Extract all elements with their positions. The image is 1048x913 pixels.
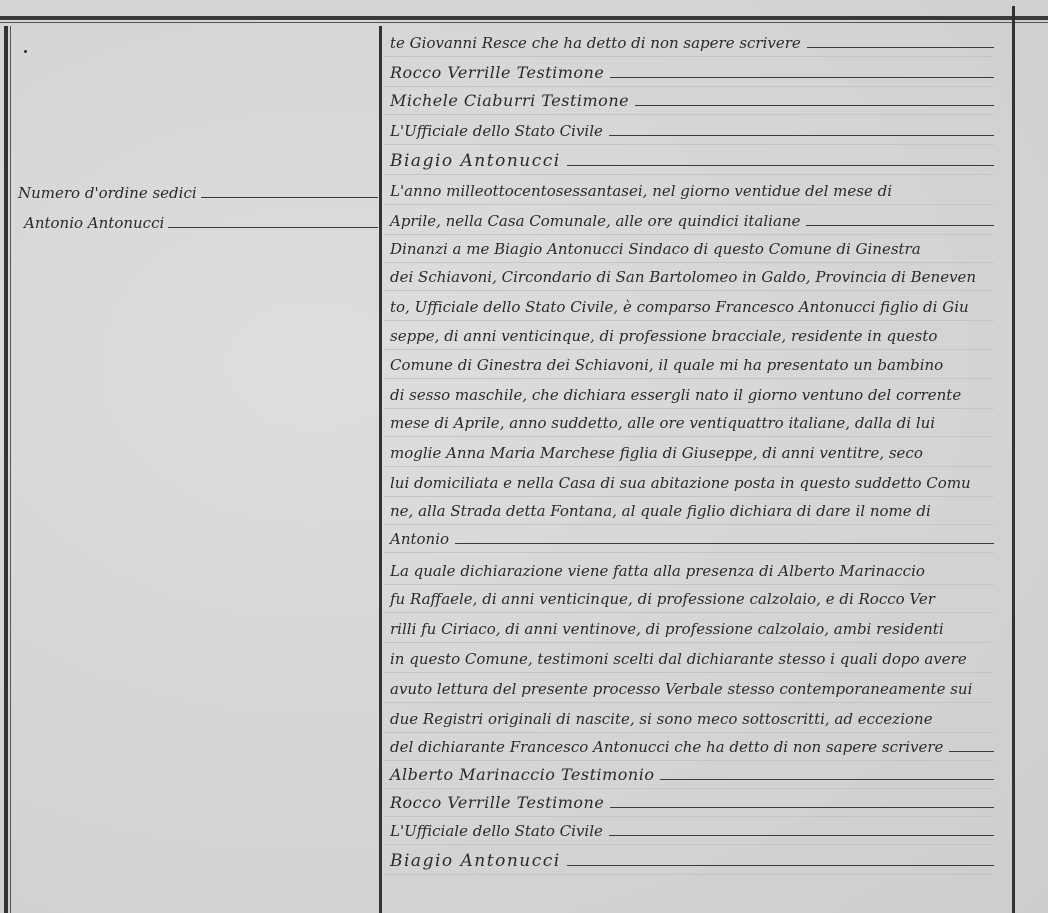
fill-rule (455, 543, 994, 544)
fill-rule (610, 77, 994, 78)
record-line: L'Ufficiale dello Stato Civile (384, 118, 994, 145)
record-line: to, Ufficiale dello Stato Civile, è comp… (384, 294, 994, 321)
record-line: avuto lettura del presente processo Verb… (384, 676, 994, 703)
top-border-rule (0, 16, 1048, 20)
record-line: te Giovanni Resce che ha detto di non sa… (384, 30, 994, 57)
record-line-text: seppe, di anni venticinque, di professio… (384, 323, 937, 349)
record-line: Rocco Verrille Testimone (384, 790, 994, 817)
record-line: seppe, di anni venticinque, di professio… (384, 323, 994, 350)
record-line-text: L'anno milleottocentosessantasei, nel gi… (384, 178, 892, 204)
record-line-text: L'Ufficiale dello Stato Civile (384, 118, 603, 144)
record-line-text: moglie Anna Maria Marchese figlia di Giu… (384, 440, 923, 466)
record-line-text: fu Raffaele, di anni venticinque, di pro… (384, 586, 935, 612)
record-line: Antonio (384, 526, 994, 553)
record-line: L'anno milleottocentosessantasei, nel gi… (384, 178, 994, 205)
record-line-text: in questo Comune, testimoni scelti dal d… (384, 646, 967, 672)
record-line-text: Biagio Antonucci (384, 148, 561, 174)
margin-column: Numero d'ordine sedici Antonio Antonucci (12, 26, 378, 913)
record-line-text: to, Ufficiale dello Stato Civile, è comp… (384, 294, 969, 320)
record-line: in questo Comune, testimoni scelti dal d… (384, 646, 994, 673)
right-border-rule (1012, 6, 1015, 913)
record-line-text: La quale dichiarazione viene fatta alla … (384, 558, 925, 584)
margin-entry-label: Antonio Antonucci (24, 214, 164, 232)
record-line: mese di Aprile, anno suddetto, alle ore … (384, 410, 994, 437)
record-line: del dichiarante Francesco Antonucci che … (384, 734, 994, 761)
record-line-text: Michele Ciaburri Testimone (384, 88, 629, 114)
record-line: Comune di Ginestra dei Schiavoni, il qua… (384, 352, 994, 379)
record-line-text: due Registri originali di nascite, si so… (384, 706, 933, 732)
fill-rule (567, 865, 994, 866)
fill-rule (660, 779, 994, 780)
record-line-text: lui domiciliata e nella Casa di sua abit… (384, 470, 971, 496)
fill-rule (949, 751, 994, 752)
top-border-rule-thin (0, 22, 1048, 23)
record-line-text: dei Schiavoni, Circondario di San Bartol… (384, 264, 976, 290)
record-line: due Registri originali di nascite, si so… (384, 706, 994, 733)
record-line: Aprile, nella Casa Comunale, alle ore qu… (384, 208, 994, 235)
record-line-text: Rocco Verrille Testimone (384, 790, 604, 816)
margin-entry-label: Numero d'ordine sedici (18, 184, 197, 202)
fill-rule (168, 227, 378, 228)
fill-rule (609, 835, 994, 836)
record-line: di sesso maschile, che dichiara essergli… (384, 382, 994, 409)
left-border-rule (4, 26, 8, 913)
record-line-text: avuto lettura del presente processo Verb… (384, 676, 972, 702)
record-body: te Giovanni Resce che ha detto di non sa… (384, 26, 1010, 913)
record-line: lui domiciliata e nella Casa di sua abit… (384, 470, 994, 497)
record-line-text: Biagio Antonucci (384, 848, 561, 874)
record-line-text: L'Ufficiale dello Stato Civile (384, 818, 603, 844)
record-line: Rocco Verrille Testimone (384, 60, 994, 87)
record-line: dei Schiavoni, Circondario di San Bartol… (384, 264, 994, 291)
record-line-text: ne, alla Strada detta Fontana, al quale … (384, 498, 931, 524)
record-line-text: te Giovanni Resce che ha detto di non sa… (384, 30, 801, 56)
record-line-text: Aprile, nella Casa Comunale, alle ore qu… (384, 208, 800, 234)
record-line: Biagio Antonucci (384, 848, 994, 875)
fill-rule (635, 105, 994, 106)
fill-rule (609, 135, 994, 136)
record-line: Alberto Marinaccio Testimonio (384, 762, 994, 789)
fill-rule (567, 165, 994, 166)
record-line-text: Antonio (384, 526, 449, 552)
record-line: fu Raffaele, di anni venticinque, di pro… (384, 586, 994, 613)
column-divider-rule (379, 26, 382, 913)
left-border-rule-thin (10, 26, 11, 913)
record-line-text: di sesso maschile, che dichiara essergli… (384, 382, 961, 408)
fill-rule (610, 807, 994, 808)
record-line: Biagio Antonucci (384, 148, 994, 175)
record-line-text: del dichiarante Francesco Antonucci che … (384, 734, 943, 760)
fill-rule (806, 225, 994, 226)
record-line: La quale dichiarazione viene fatta alla … (384, 558, 994, 585)
record-line-text: Alberto Marinaccio Testimonio (384, 762, 654, 788)
record-line-text: Comune di Ginestra dei Schiavoni, il qua… (384, 352, 943, 378)
ink-dot (24, 50, 27, 53)
record-line: moglie Anna Maria Marchese figlia di Giu… (384, 440, 994, 467)
record-line: Dinanzi a me Biagio Antonucci Sindaco di… (384, 236, 994, 263)
record-line: ne, alla Strada detta Fontana, al quale … (384, 498, 994, 525)
margin-entry-child-name: Antonio Antonucci (24, 214, 378, 232)
margin-entry-order-number: Numero d'ordine sedici (18, 184, 378, 202)
record-line: Michele Ciaburri Testimone (384, 88, 994, 115)
record-line: L'Ufficiale dello Stato Civile (384, 818, 994, 845)
record-line-text: rilli fu Ciriaco, di anni ventinove, di … (384, 616, 944, 642)
record-line-text: Dinanzi a me Biagio Antonucci Sindaco di… (384, 236, 921, 262)
fill-rule (807, 47, 994, 48)
fill-rule (201, 197, 378, 198)
record-line-text: Rocco Verrille Testimone (384, 60, 604, 86)
record-line-text: mese di Aprile, anno suddetto, alle ore … (384, 410, 935, 436)
record-line: rilli fu Ciriaco, di anni ventinove, di … (384, 616, 994, 643)
